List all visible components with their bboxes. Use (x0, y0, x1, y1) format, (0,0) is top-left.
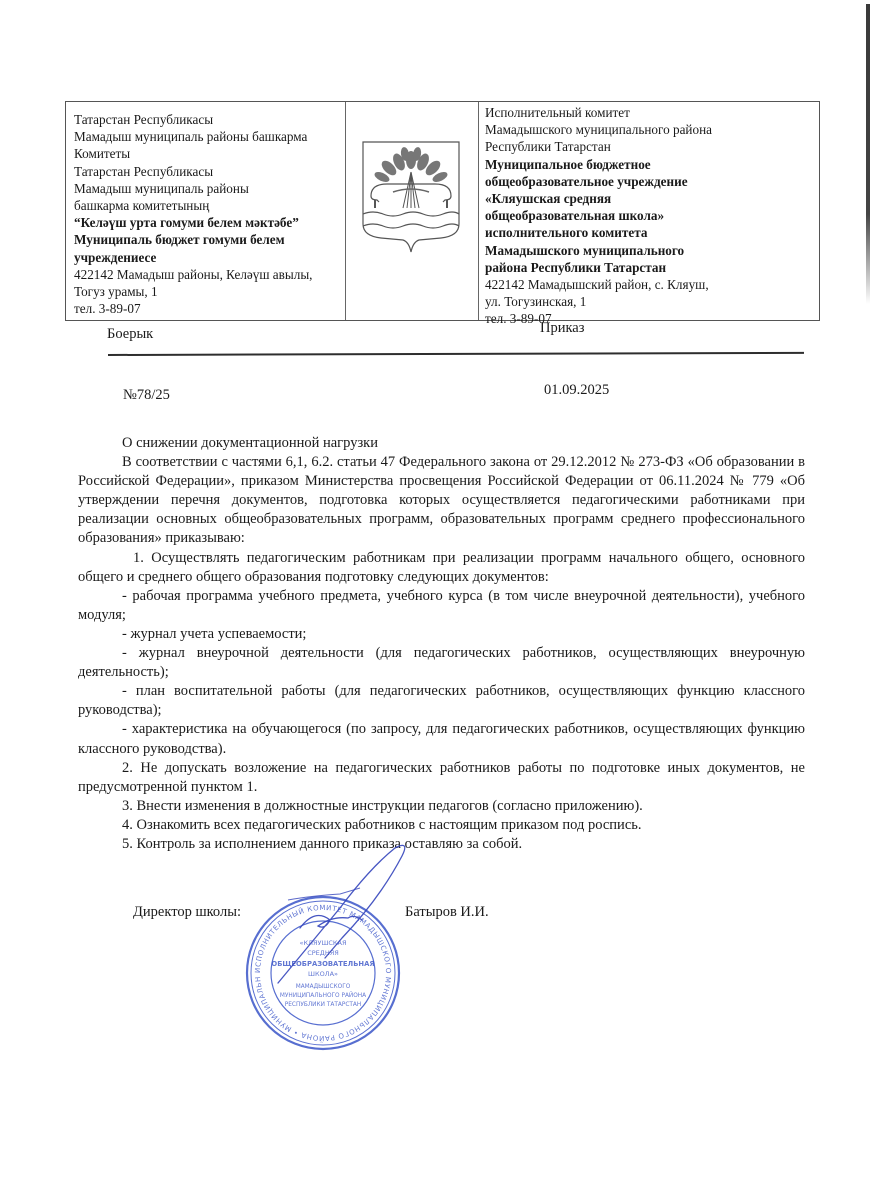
order-preamble: В соответствии с частями 6,1, 6.2. стать… (78, 453, 805, 548)
document-list-item: - рабочая программа учебного предмета, у… (78, 587, 805, 625)
doc-type-tatar: Боерык (107, 326, 153, 343)
header-divider (108, 352, 804, 356)
order-item-5: 5. Контроль за исполнением данного прика… (78, 835, 805, 854)
order-number: №78/25 (123, 387, 170, 404)
letterhead-line: Муниципаль бюджет гомуми белем (74, 231, 345, 248)
official-stamp-icon: ИСПОЛНИТЕЛЬНЫЙ КОМИТЕТ МАМАДЫШСКОГО МУНИ… (243, 893, 403, 1053)
order-item-2: 2. Не допускать возложение на педагогиче… (78, 759, 805, 797)
svg-text:МАМАДЫШСКОГО: МАМАДЫШСКОГО (296, 984, 351, 990)
svg-text:СРЕДНЯЯ: СРЕДНЯЯ (307, 949, 339, 957)
letterhead-line: «Кляушская средняя (485, 190, 819, 207)
letterhead-line: Мамадыш муниципаль районы (74, 180, 345, 197)
svg-text:ИСПОЛНИТЕЛЬНЫЙ КОМИТЕТ МАМАДЫШ: ИСПОЛНИТЕЛЬНЫЙ КОМИТЕТ МАМАДЫШСКОГО МУНИ… (243, 893, 392, 1043)
letterhead-line: Комитеты (74, 145, 345, 162)
letterhead-line: исполнительного комитета (485, 224, 819, 241)
svg-text:МУНИЦИПАЛЬНОГО РАЙОНА: МУНИЦИПАЛЬНОГО РАЙОНА (280, 992, 366, 999)
letterhead-line: тел. 3-89-07 (485, 310, 819, 327)
order-date: 01.09.2025 (544, 382, 609, 399)
letterhead-line: Мамадышского муниципального (485, 242, 819, 259)
letterhead-emblem-cell (346, 102, 479, 320)
order-subject: О снижении документационной нагрузки (78, 434, 805, 453)
order-item-1: 1. Осуществлять педагогическим работника… (78, 549, 805, 587)
svg-text:ОБЩЕОБРАЗОВАТЕЛЬНАЯ: ОБЩЕОБРАЗОВАТЕЛЬНАЯ (271, 960, 374, 968)
svg-text:«КЛЯУШСКАЯ: «КЛЯУШСКАЯ (299, 939, 346, 947)
letterhead-line: общеобразовательное учреждение (485, 173, 819, 190)
letterhead-line: Тогуз урамы, 1 (74, 283, 345, 300)
letterhead-line: Республики Татарстан (485, 138, 819, 155)
order-item-3: 3. Внести изменения в должностные инстру… (78, 797, 805, 816)
coat-of-arms-icon (351, 128, 471, 258)
letterhead-line: района Республики Татарстан (485, 259, 819, 276)
letterhead-line: Мамадышского муниципального района (485, 121, 819, 138)
doc-type-russian: Приказ (540, 320, 584, 337)
document-list-item: - журнал учета успеваемости; (78, 625, 805, 644)
letterhead-tatar: Татарстан Республикасы Мамадыш муниципал… (66, 102, 346, 320)
letterhead-line: 422142 Мамадышский район, с. Кляуш, (485, 276, 819, 293)
svg-text:РЕСПУБЛИКИ ТАТАРСТАН: РЕСПУБЛИКИ ТАТАРСТАН (285, 1002, 362, 1008)
order-item-4: 4. Ознакомить всех педагогических работн… (78, 816, 805, 835)
document-list-item: - журнал внеурочной деятельности (для пе… (78, 644, 805, 682)
letterhead-line: Татарстан Республикасы (74, 163, 345, 180)
letterhead-line: Муниципальное бюджетное (485, 156, 819, 173)
document-list-item: - план воспитательной работы (для педаго… (78, 682, 805, 720)
letterhead-line: ул. Тогузинская, 1 (485, 293, 819, 310)
letterhead-line: учреждениесе (74, 249, 345, 266)
signer-name: Батыров И.И. (405, 904, 489, 921)
letterhead-line: Мамадыш муниципаль районы башкарма (74, 128, 345, 145)
letterhead-line: 422142 Мамадыш районы, Келәүш авылы, (74, 266, 345, 283)
svg-text:ШКОЛА»: ШКОЛА» (308, 970, 338, 978)
scan-edge-shadow (866, 4, 870, 304)
letterhead-russian: Исполнительный комитет Мамадышского муни… (479, 102, 819, 320)
letterhead-line: общеобразовательная школа» (485, 207, 819, 224)
letterhead-line: башкарма комитетының (74, 197, 345, 214)
signer-title: Директор школы: (133, 904, 241, 921)
order-body: О снижении документационной нагрузки В с… (78, 434, 805, 854)
document-list-item: - характеристика на обучающегося (по зап… (78, 720, 805, 758)
letterhead-line: тел. 3-89-07 (74, 300, 345, 317)
letterhead-table: Татарстан Республикасы Мамадыш муниципал… (65, 101, 820, 321)
letterhead-line: Татарстан Республикасы (74, 111, 345, 128)
letterhead-line: “Келәүш урта гомуми белем мәктәбе” (74, 214, 345, 231)
letterhead-line: Исполнительный комитет (485, 104, 819, 121)
